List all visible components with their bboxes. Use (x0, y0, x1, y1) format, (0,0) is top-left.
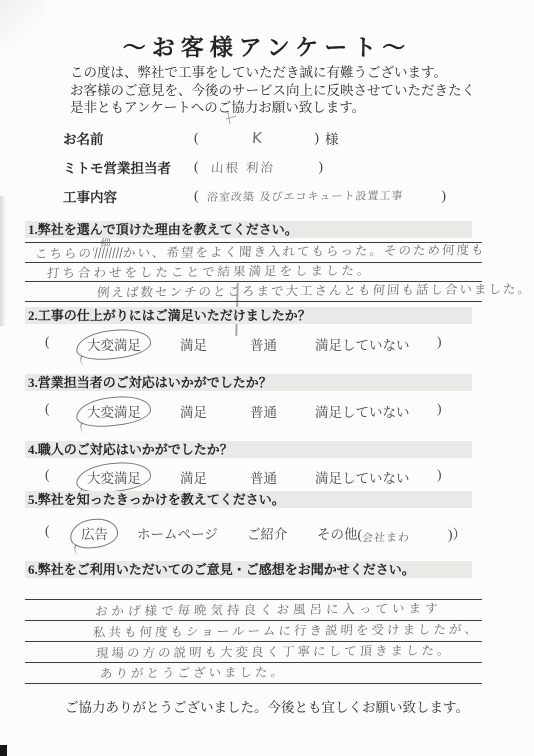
answer-line: 現場の方の説明も大変良く丁寧にして頂きました。 (25, 642, 482, 663)
option-not-satisfied: 満足していない (315, 334, 410, 354)
intro-line: この度は、弊社で工事をしていただき誠に有難うございます。 (70, 64, 475, 82)
question-2-options: ( 大変満足 満足 普通 満足していない ) (25, 334, 485, 356)
info-row-work: 工事内容 ( 浴室改築 及びエコキュート設置工事 ) (63, 185, 446, 207)
open-paren: ( (45, 334, 50, 350)
handwritten-comment: 現場の方の説明も大変良く丁寧にして頂きました。 (95, 640, 453, 662)
handwritten-answer: こちらの細かい、希望をよく聞き入れてもらった。そのため何度も (34, 241, 486, 262)
option-not-satisfied: 満足していない (315, 401, 410, 421)
option-normal: 普通 (250, 334, 277, 354)
question-2-heading: 2.工事の仕上がりにはご満足いただけましたか？ (25, 307, 472, 324)
answer-line: 打ち合わせをしたことで結果満足をしました。 (25, 263, 482, 283)
option-satisfied: 満足 (180, 401, 207, 421)
question-5-heading: 5.弊社を知ったきっかけを教えてください。 (25, 491, 472, 508)
handwritten-answer: 例えば数センチのところまで大工さんとも何回も話し合いました。 (96, 280, 532, 301)
name-label: お名前 (63, 128, 194, 148)
question-4-options: ( 大変満足 満足 普通 満足していない ) (25, 467, 485, 489)
handwritten-name: K (251, 129, 262, 147)
close-paren: ) (442, 188, 447, 204)
question-5-options: ( 広告 ホームページ ご紹介 その他(会社まわ)） (25, 523, 485, 545)
close-paren: ） (453, 523, 467, 543)
info-row-agent: ミトモ営業担当者 ( 山根 利治 ) (63, 156, 446, 178)
agent-label: ミトモ営業担当者 (63, 157, 194, 177)
open-paren: ( (45, 467, 50, 483)
handwritten-answer: 打ち合わせをしたことで結果満足をしました。 (46, 261, 373, 281)
question-6-answer-area: おかげ様で毎晩気持良くお風呂に入っています 私共も何度もショールームに行き説明を… (25, 599, 482, 684)
survey-scan-page: ～お客様アンケート～ この度は、弊社で工事をしていただき誠に有難うございます。 … (0, 0, 534, 756)
scan-edge-artifact (0, 196, 6, 326)
question-1-answer-area: こちらの細かい、希望をよく聞き入れてもらった。そのため何度も 打ち合わせをしたこ… (25, 242, 482, 302)
answer-line: 例えば数センチのところまで大工さんとも何回も話し合いました。 (25, 282, 482, 302)
handwritten-comment: おかげ様で毎晩気持良くお風呂に入っています (94, 598, 442, 620)
answer-line: 私共も何度もショールームに行き説明を受けましたが、 (25, 621, 482, 642)
close-paren: ) (437, 467, 442, 483)
intro-line: お客様のご意見を、今後のサービス向上に反映させていただきたく (70, 82, 475, 100)
work-label: 工事内容 (63, 186, 194, 206)
option-other-group: その他(会社まわ)） (317, 523, 466, 545)
answer-line: ありがとうございました。 (25, 663, 482, 684)
intro-line: 是非ともアンケートへのご協力お願い致します。 (70, 99, 475, 117)
question-1-heading: 1.弊社を選んで頂けた理由を教えてください。 (25, 221, 472, 238)
handwritten-agent-name: 山根 利治 (210, 158, 275, 177)
open-paren: ( (45, 401, 50, 417)
option-satisfied: 満足 (180, 467, 207, 487)
answer-line: こちらの細かい、希望をよく聞き入れてもらった。そのため何度も (25, 243, 482, 263)
name-honorific: 様 (325, 128, 339, 148)
close-paren: ) (319, 159, 324, 175)
option-other: その他 (317, 523, 358, 543)
correction-character: 細 (100, 235, 111, 252)
circled-option-very-satisfied: 大変満足 (83, 334, 145, 355)
option-referral: ご紹介 (247, 523, 288, 543)
circled-option-advertisement: 広告 (77, 523, 112, 544)
circled-option-very-satisfied: 大変満足 (83, 467, 145, 488)
scribbled-out-word: 細 (93, 247, 124, 258)
option-satisfied: 満足 (180, 334, 207, 354)
respondent-info: お名前 ( K ) 様 ミトモ営業担当者 ( 山根 利治 ) 工事内容 ( 浴室… (63, 127, 446, 214)
question-3-options: ( 大変満足 満足 普通 満足していない ) (25, 401, 485, 423)
question-4-heading: 4.職人のご対応はいかがでしたか？ (25, 441, 472, 458)
open-paren: ( (45, 523, 50, 539)
close-paren: ) (315, 130, 320, 146)
intro-paragraph: この度は、弊社で工事をしていただき誠に有難うございます。 お客様のご意見を、今後… (70, 64, 475, 117)
close-paren: ) (437, 401, 442, 417)
handwritten-work-description: 浴室改築 及びエコキュート設置工事 (206, 187, 403, 205)
page-title: ～お客様アンケート～ (0, 29, 534, 62)
option-normal: 普通 (250, 401, 277, 421)
question-6-heading: 6.弊社をご利用いただいてのご意見・ご感想をお聞かせください。 (25, 561, 472, 578)
option-normal: 普通 (250, 467, 277, 487)
handwritten-other-value: 会社まわ (362, 529, 449, 546)
handwritten-comment: 私共も何度もショールームに行き説明を受けましたが、 (92, 619, 480, 641)
handwritten-comment: ありがとうございました。 (99, 662, 286, 683)
question-3-heading: 3.営業担当者のご対応はいかがでしたか？ (25, 374, 472, 391)
closing-message: ご協力ありがとうございました。今後とも宜しくお願い致します。 (0, 696, 534, 716)
circled-option-very-satisfied: 大変満足 (83, 401, 145, 422)
option-homepage: ホームページ (137, 523, 218, 543)
close-paren: ) (437, 334, 442, 350)
info-row-name: お名前 ( K ) 様 (63, 127, 446, 149)
scan-corner-mark (0, 745, 7, 756)
answer-line: おかげ様で毎晩気持良くお風呂に入っています (25, 600, 482, 621)
option-not-satisfied: 満足していない (315, 467, 410, 487)
